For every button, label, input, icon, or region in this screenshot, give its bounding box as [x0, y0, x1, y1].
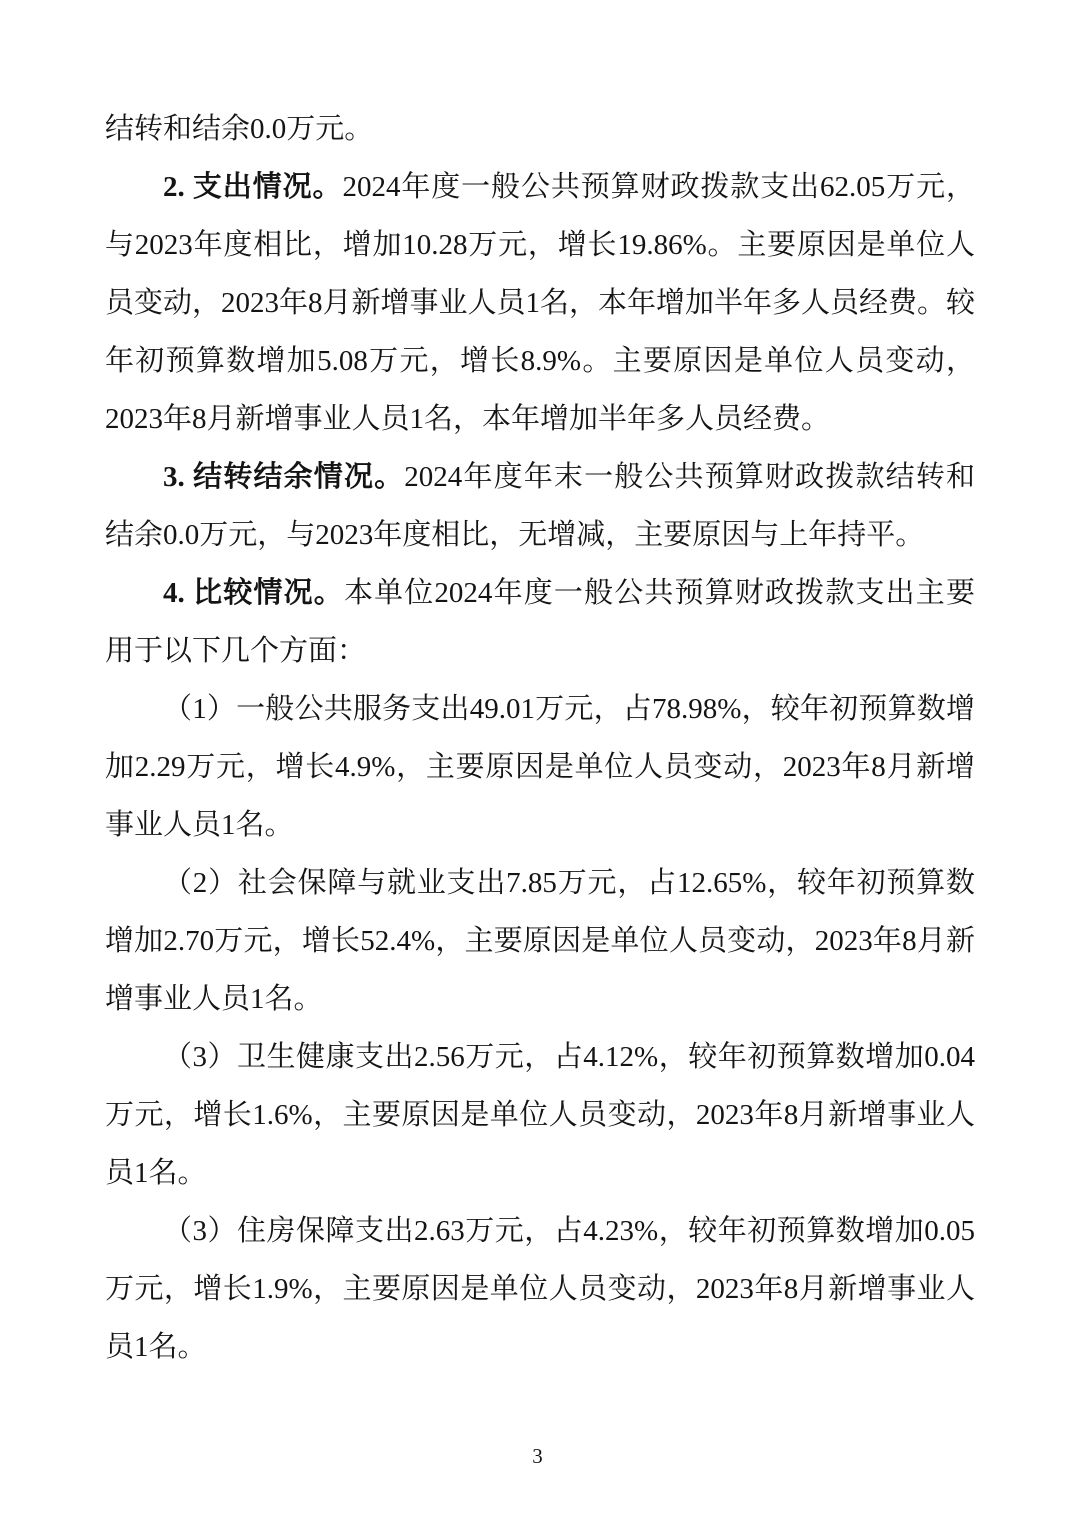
- body-text: 2024年度一般公共预算财政拨款支出62.05万元，与2023年度相比，增加10…: [105, 171, 975, 435]
- paragraph: （3）住房保障支出2.63万元，占4.23%，较年初预算数增加0.05万元，增长…: [105, 1202, 975, 1376]
- document-page: 结转和结余0.0万元。2. 支出情况。2024年度一般公共预算财政拨款支出62.…: [0, 0, 1075, 1520]
- page-number: 3: [0, 1444, 1075, 1468]
- body-text: 结转和结余0.0万元。: [105, 113, 373, 145]
- body-text: （2）社会保障与就业支出7.85万元，占12.65%，较年初预算数增加2.70万…: [105, 867, 975, 1015]
- paragraph: 2. 支出情况。2024年度一般公共预算财政拨款支出62.05万元，与2023年…: [105, 158, 975, 448]
- document-body: 结转和结余0.0万元。2. 支出情况。2024年度一般公共预算财政拨款支出62.…: [105, 100, 975, 1376]
- section-heading: 3. 结转结余情况。: [163, 461, 404, 493]
- paragraph: （3）卫生健康支出2.56万元，占4.12%，较年初预算数增加0.04万元，增长…: [105, 1028, 975, 1202]
- paragraph: 3. 结转结余情况。2024年度年末一般公共预算财政拨款结转和结余0.0万元，与…: [105, 448, 975, 564]
- paragraph: 4. 比较情况。本单位2024年度一般公共预算财政拨款支出主要用于以下几个方面：: [105, 564, 975, 680]
- paragraph: （2）社会保障与就业支出7.85万元，占12.65%，较年初预算数增加2.70万…: [105, 854, 975, 1028]
- paragraph: 结转和结余0.0万元。: [105, 100, 975, 158]
- body-text: （3）住房保障支出2.63万元，占4.23%，较年初预算数增加0.05万元，增长…: [105, 1215, 975, 1363]
- body-text: （1）一般公共服务支出49.01万元，占78.98%，较年初预算数增加2.29万…: [105, 693, 975, 841]
- body-text: （3）卫生健康支出2.56万元，占4.12%，较年初预算数增加0.04万元，增长…: [105, 1041, 975, 1189]
- section-heading: 4. 比较情况。: [163, 577, 344, 609]
- paragraph: （1）一般公共服务支出49.01万元，占78.98%，较年初预算数增加2.29万…: [105, 680, 975, 854]
- section-heading: 2. 支出情况。: [163, 171, 342, 203]
